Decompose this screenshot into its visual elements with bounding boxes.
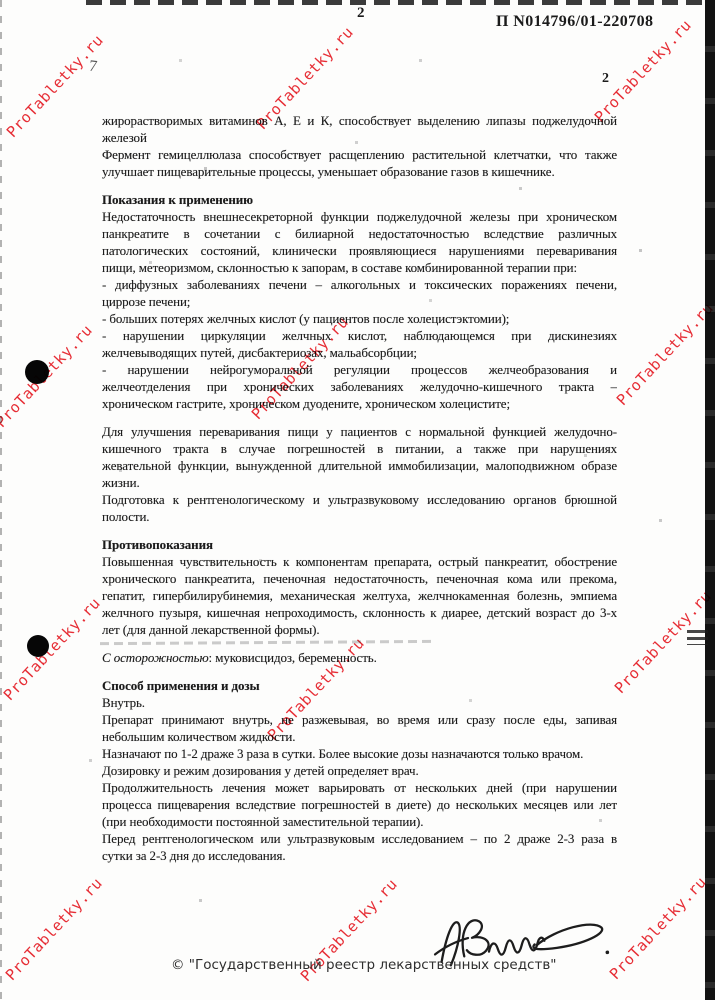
text-line: гепатит, гипербилирубинемия, механическа… <box>102 587 617 604</box>
watermark-text: ProTabletky.ru <box>0 594 104 704</box>
page-number-secondary: 2 <box>602 71 609 87</box>
watermark-text: ProTabletky.ru <box>3 31 107 141</box>
paragraph-gap <box>102 638 617 649</box>
text-line: жевательной функции, вынужденной длитель… <box>102 457 617 474</box>
text-line: Дозировку и режим дозирования у детей оп… <box>102 762 617 779</box>
text-line: С осторожностью: муковисцидоз, беременно… <box>102 649 617 666</box>
text-line: (при необходимости постоянной заместител… <box>102 813 617 830</box>
text-line: небольшим количеством жидкости. <box>102 728 617 745</box>
text-line: желчевыводящих путей, дисбактериозах, ма… <box>102 344 617 361</box>
paragraph-gap <box>102 412 617 423</box>
copyright-line: © "Государственный реестр лекарственных … <box>171 957 557 973</box>
text-line: Перед рентгенологическом или ультразвуко… <box>102 830 617 847</box>
text-line: хроническом гастрите, хроническом дуоден… <box>102 395 617 412</box>
scan-top-edge <box>86 0 715 5</box>
paragraph-gap <box>102 180 617 191</box>
page-number: 2 <box>357 5 365 22</box>
text-line: - нарушении нейрогуморальной регуляции п… <box>102 361 617 378</box>
watermark-text: ProTabletky.ru <box>2 874 106 984</box>
paragraph-gap <box>102 525 617 536</box>
section-heading: Показания к применению <box>102 191 617 208</box>
pen-dash-marks <box>687 630 708 645</box>
text-line: Повышенная чувствительность к компонента… <box>102 553 617 570</box>
text-line: Подготовка к рентгенологическому и ультр… <box>102 491 617 508</box>
paragraph: Для улучшения переваривания пищи у пацие… <box>102 423 617 525</box>
text-line: жирорастворимых витаминов А, Е и К, спос… <box>102 112 617 129</box>
text-line: полости. <box>102 508 617 525</box>
text-line: - диффузных заболеваниях печени – алкого… <box>102 276 617 293</box>
watermark-text: ProTabletky.ru <box>613 299 715 409</box>
hole-punch-mark <box>25 360 49 384</box>
text-line: хронического панкреатита, печеночная нед… <box>102 570 617 587</box>
text-line: Для улучшения переваривания пищи у пацие… <box>102 423 617 440</box>
text-line: Назначают по 1-2 драже 3 раза в сутки. Б… <box>102 745 617 762</box>
text-line: - больших потерях желчных кислот (у паци… <box>102 310 617 327</box>
registration-number: П N014796/01-220708 <box>496 13 653 31</box>
text-line: панкреатите в сочетании с билиарной недо… <box>102 225 617 242</box>
text-line: процесса пищеварения вследствие погрешно… <box>102 796 617 813</box>
section-heading: Способ применения и дозы <box>102 677 617 694</box>
paragraph: жирорастворимых витаминов А, Е и К, спос… <box>102 112 617 180</box>
text-line: Внутрь. <box>102 694 617 711</box>
watermark-text: ProTabletky.ru <box>606 873 710 983</box>
paragraph: Повышенная чувствительность к компонента… <box>102 553 617 638</box>
text-line: патологических состояний, клинически про… <box>102 242 617 259</box>
stray-pen-mark: 7 <box>88 58 98 77</box>
text-line: Продолжительность лечения может варьиров… <box>102 779 617 796</box>
text-line: улучшает пищеварительные процессы, умень… <box>102 163 617 180</box>
text-line: желчеотделения при хронических заболеван… <box>102 378 617 395</box>
scan-noise <box>0 0 1 1</box>
scan-right-edge <box>705 0 715 1000</box>
text-line: жизни. <box>102 474 617 491</box>
document-body: жирорастворимых витаминов А, Е и К, спос… <box>102 112 617 864</box>
section-heading: Противопоказания <box>102 536 617 553</box>
text-line: циррозе печени; <box>102 293 617 310</box>
paragraph: С осторожностью: муковисцидоз, беременно… <box>102 649 617 666</box>
text-line: кишечного тракта в случае погрешностей в… <box>102 440 617 457</box>
text-line: Недостаточность внешнесекреторной функци… <box>102 208 617 225</box>
scanned-document-page: 7 2 П N014796/01-220708 2 жирорастворимы… <box>0 0 715 1000</box>
hole-punch-mark <box>27 635 49 657</box>
text-line: - нарушении циркуляции желчных кислот, н… <box>102 327 617 344</box>
paragraph: Недостаточность внешнесекреторной функци… <box>102 208 617 412</box>
text-line: железой <box>102 129 617 146</box>
text-line: Препарат принимают внутрь, не разжевывая… <box>102 711 617 728</box>
scan-left-edge <box>0 0 2 1000</box>
text-line: пищи, метеоризмом, склонностью к запорам… <box>102 259 617 276</box>
paragraph: Внутрь.Препарат принимают внутрь, не раз… <box>102 694 617 864</box>
paragraph-gap <box>102 666 617 677</box>
text-line: желчного пузыря, кишечная непроходимость… <box>102 604 617 621</box>
text-line: лет (для данной лекарственной формы). <box>102 621 617 638</box>
text-line: Фермент гемицеллюлаза способствует расще… <box>102 146 617 163</box>
text-line: сутки за 2-3 дня до исследования. <box>102 847 617 864</box>
